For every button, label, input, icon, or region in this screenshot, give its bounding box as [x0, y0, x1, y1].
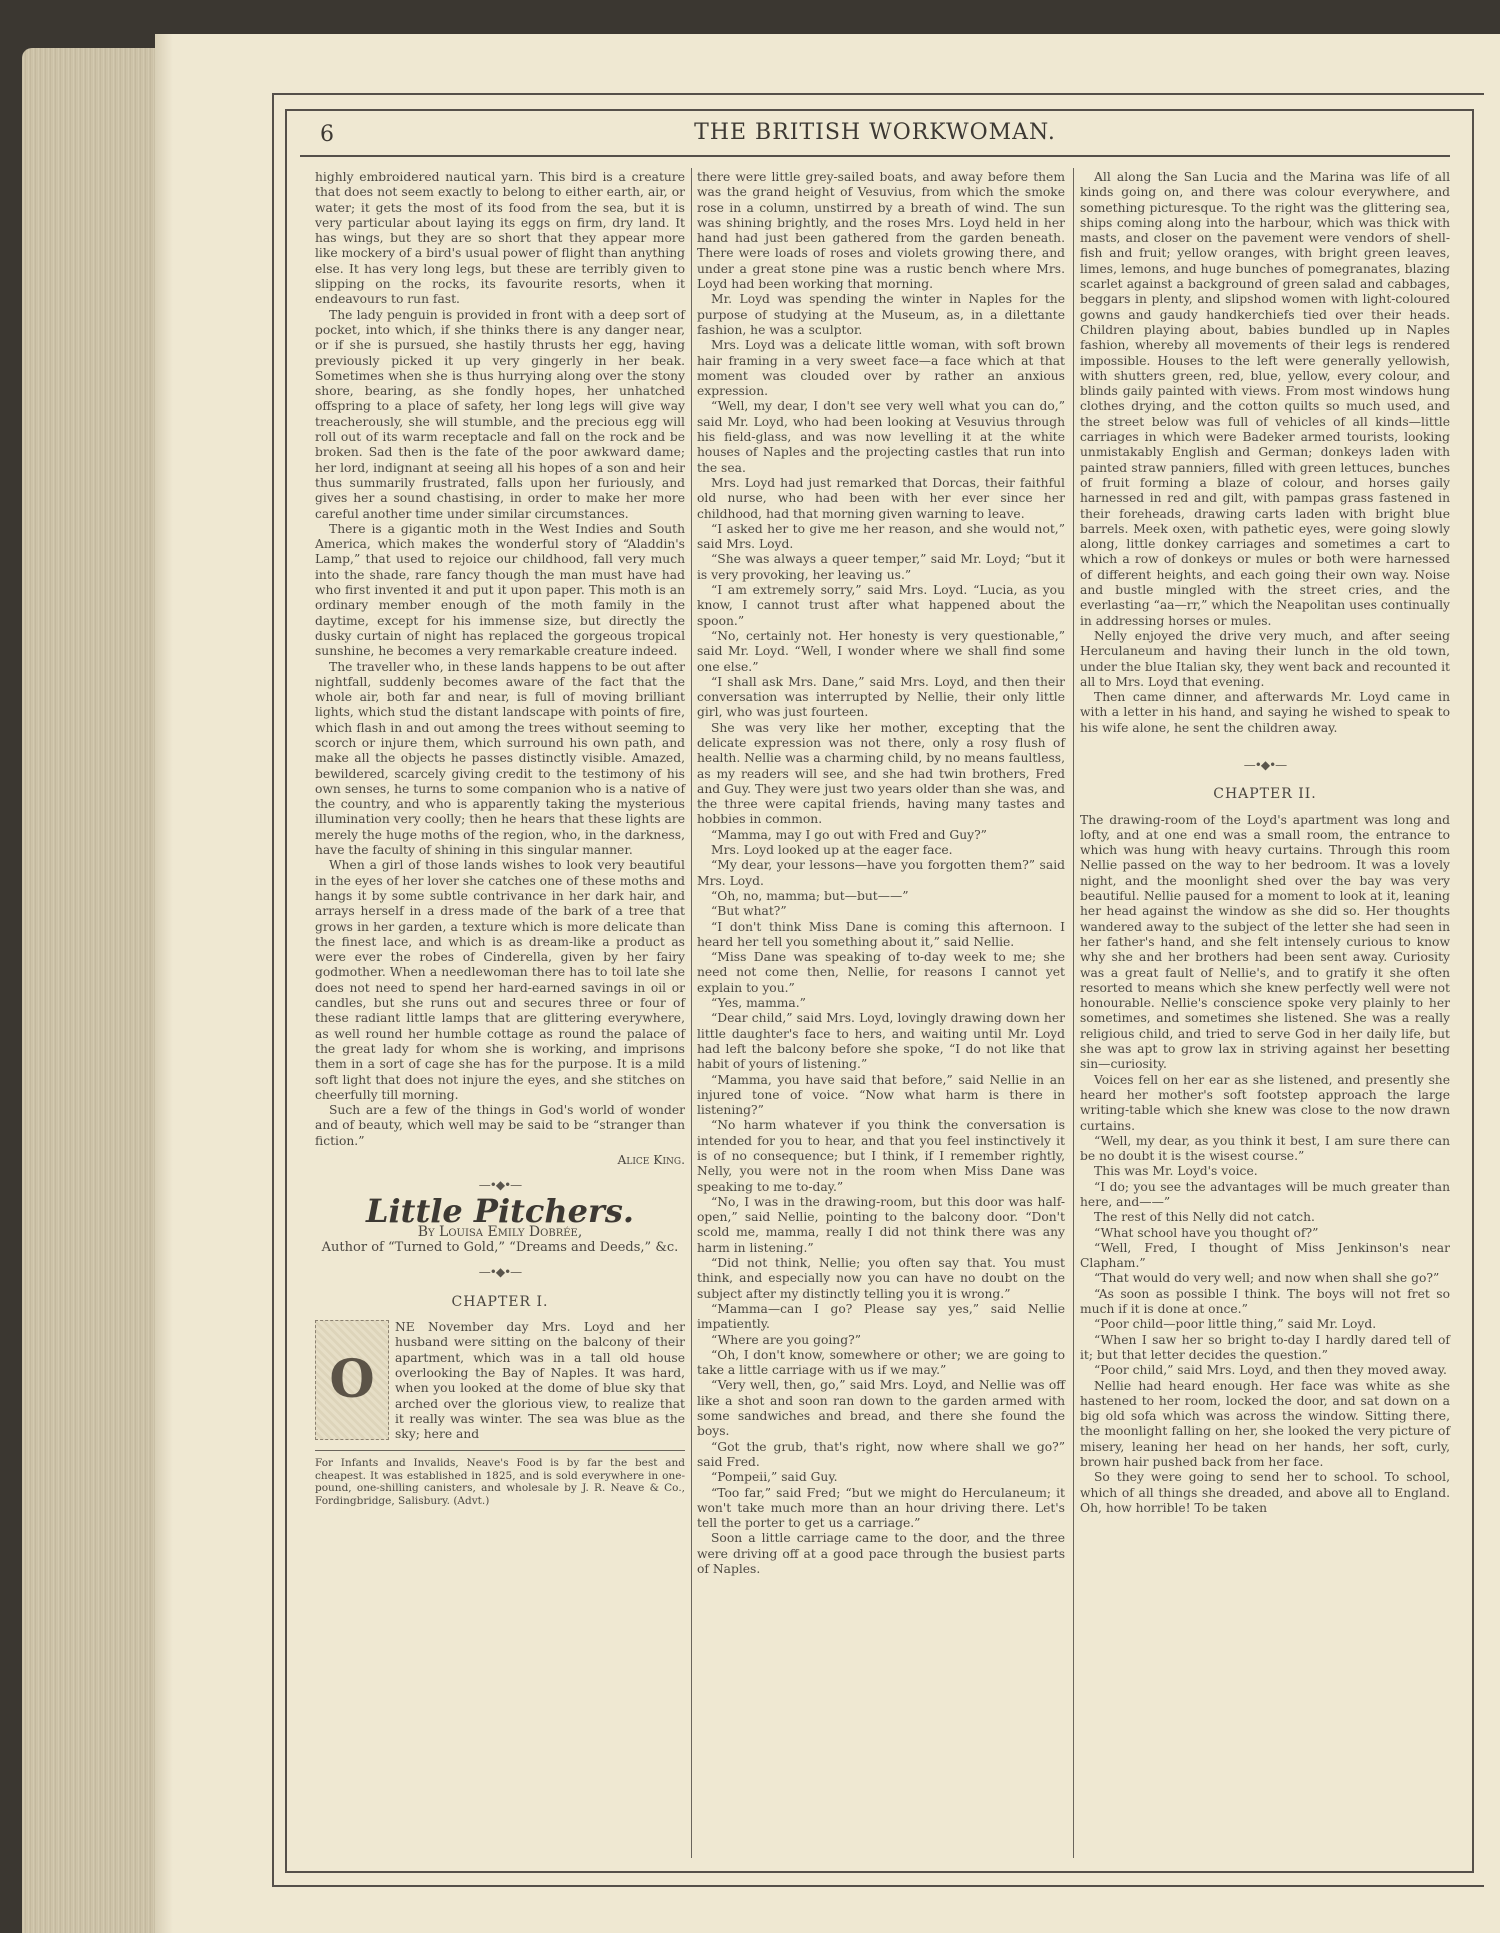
gutter-shadow — [155, 34, 173, 1933]
paragraph: The traveller who, in these lands happen… — [315, 660, 685, 859]
paragraph: “No, I was in the drawing-room, but this… — [697, 1195, 1065, 1256]
paragraph: “I do; you see the advantages will be mu… — [1080, 1180, 1450, 1211]
story-title: Little Pitchers. — [315, 1204, 685, 1219]
paragraph: The rest of this Nelly did not catch. — [1080, 1210, 1450, 1225]
paragraph: highly embroidered nautical yarn. This b… — [315, 170, 685, 308]
paragraph: “When I saw her so bright to-day I hardl… — [1080, 1333, 1450, 1364]
paragraph: there were little grey-sailed boats, and… — [697, 170, 1065, 292]
paragraph: “I don't think Miss Dane is coming this … — [697, 920, 1065, 951]
ornamental-dropcap-icon: O — [315, 1320, 389, 1440]
paragraph: The drawing-room of the Loyd's apartment… — [1080, 813, 1450, 1073]
paragraph: “Yes, mamma.” — [697, 996, 1065, 1011]
paragraph: Such are a few of the things in God's wo… — [315, 1103, 685, 1149]
paragraph: When a girl of those lands wishes to loo… — [315, 858, 685, 1103]
paragraph: “Did not think, Nellie; you often say th… — [697, 1256, 1065, 1302]
paragraph: “I shall ask Mrs. Dane,” said Mrs. Loyd,… — [697, 675, 1065, 721]
paragraph: All along the San Lucia and the Marina w… — [1080, 170, 1450, 629]
paragraph: “Well, my dear, I don't see very well wh… — [697, 399, 1065, 475]
paragraph: “I asked her to give me her reason, and … — [697, 522, 1065, 553]
paragraph: Mrs. Loyd was a delicate little woman, w… — [697, 338, 1065, 399]
paragraph: “What school have you thought of?” — [1080, 1226, 1450, 1241]
paragraph: “No, certainly not. Her honesty is very … — [697, 629, 1065, 675]
chapter-opening: O NE November day Mrs. Loyd and her husb… — [315, 1320, 685, 1442]
author-signature: Alice King. — [315, 1153, 685, 1168]
author-credits: Author of “Turned to Gold,” “Dreams and … — [315, 1240, 685, 1255]
masthead-title: THE BRITISH WORKWOMAN. — [300, 120, 1450, 145]
paragraph: “Got the grub, that's right, now where s… — [697, 1440, 1065, 1471]
column-rule-2 — [1073, 168, 1074, 1858]
paragraph: The lady penguin is provided in front wi… — [315, 308, 685, 522]
paragraph: Nelly enjoyed the drive very much, and a… — [1080, 629, 1450, 690]
paragraph: “Mamma—can I go? Please say yes,” said N… — [697, 1302, 1065, 1333]
paragraph: There is a gigantic moth in the West Ind… — [315, 522, 685, 660]
paragraph: “Mamma, may I go out with Fred and Guy?” — [697, 828, 1065, 843]
paragraph: “I am extremely sorry,” said Mrs. Loyd. … — [697, 583, 1065, 629]
paragraph: “Too far,” said Fred; “but we might do H… — [697, 1486, 1065, 1532]
chapter-heading: CHAPTER I. — [315, 1295, 685, 1310]
paragraph: Nellie had heard enough. Her face was wh… — [1080, 1379, 1450, 1471]
paragraph: “Dear child,” said Mrs. Loyd, lovingly d… — [697, 1011, 1065, 1072]
paragraph: “Oh, I don't know, somewhere or other; w… — [697, 1348, 1065, 1379]
paragraph: Mrs. Loyd had just remarked that Dorcas,… — [697, 476, 1065, 522]
paragraph: “Well, my dear, as you think it best, I … — [1080, 1134, 1450, 1165]
paragraph: “Where are you going?” — [697, 1333, 1065, 1348]
paragraph: “No harm whatever if you think the conve… — [697, 1118, 1065, 1194]
paragraph: “Well, Fred, I thought of Miss Jenkinson… — [1080, 1241, 1450, 1272]
paragraph: She was very like her mother, excepting … — [697, 721, 1065, 828]
column-2: there were little grey-sailed boats, and… — [697, 170, 1065, 1577]
paragraph: “Mamma, you have said that before,” said… — [697, 1073, 1065, 1119]
book-page-edges — [22, 48, 162, 1933]
page-header: 6 THE BRITISH WORKWOMAN. — [300, 110, 1450, 157]
ornament-divider: —•◆•— — [315, 1265, 685, 1280]
chapter-heading: CHAPTER II. — [1080, 787, 1450, 802]
paragraph: Mrs. Loyd looked up at the eager face. — [697, 843, 1065, 858]
paragraph: Soon a little carriage came to the door,… — [697, 1531, 1065, 1577]
paragraph: Then came dinner, and afterwards Mr. Loy… — [1080, 690, 1450, 736]
column-3: All along the San Lucia and the Marina w… — [1080, 170, 1450, 1516]
paragraph: “My dear, your lessons—have you forgotte… — [697, 858, 1065, 889]
advertisement: For Infants and Invalids, Neave's Food i… — [315, 1450, 685, 1507]
ornament-divider: —•◆•— — [1080, 758, 1450, 773]
paragraph: “Oh, no, mamma; but—but——” — [697, 889, 1065, 904]
paragraph: “Miss Dane was speaking of to-day week t… — [697, 950, 1065, 996]
paragraph: Voices fell on her ear as she listened, … — [1080, 1073, 1450, 1134]
paragraph: So they were going to send her to school… — [1080, 1470, 1450, 1516]
paragraph: Mr. Loyd was spending the winter in Napl… — [697, 292, 1065, 338]
paragraph: “But what?” — [697, 904, 1065, 919]
column-1: highly embroidered nautical yarn. This b… — [315, 170, 685, 1507]
paragraph: “Poor child,” said Mrs. Loyd, and then t… — [1080, 1363, 1450, 1378]
column-rule-1 — [691, 168, 692, 1858]
paragraph: “Very well, then, go,” said Mrs. Loyd, a… — [697, 1378, 1065, 1439]
paragraph: “Pompeii,” said Guy. — [697, 1470, 1065, 1485]
paragraph: This was Mr. Loyd's voice. — [1080, 1164, 1450, 1179]
paragraph: “That would do very well; and now when s… — [1080, 1271, 1450, 1286]
paragraph: “She was always a queer temper,” said Mr… — [697, 552, 1065, 583]
paragraph: “As soon as possible I think. The boys w… — [1080, 1287, 1450, 1318]
paragraph: “Poor child—poor little thing,” said Mr.… — [1080, 1317, 1450, 1332]
